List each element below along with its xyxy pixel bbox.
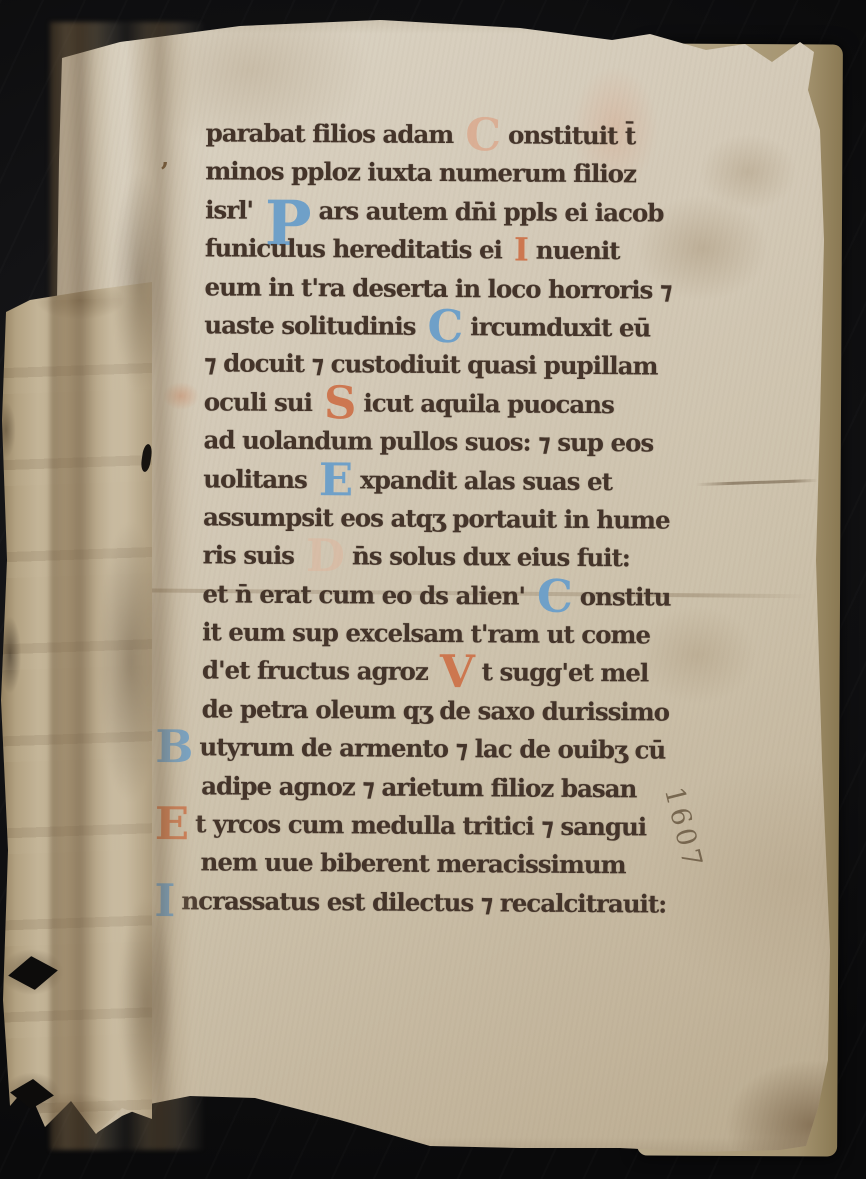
line-text: ⁊ docuit ⁊ custodiuit quasi pupillam	[204, 349, 658, 381]
line-text: funiculus hereditatis ei	[205, 234, 502, 265]
line-text: nem uue biberent meracissimum	[200, 848, 625, 880]
line-text: onstituit t̄	[508, 120, 635, 150]
line-text: xpandit alas suas et	[360, 465, 612, 496]
line-text: t yrcos cum medulla tritici ⁊ sangui	[195, 809, 646, 841]
illuminated-initial: E	[155, 797, 190, 850]
line-text: ncrassatus est dilectus ⁊ recalcitrauit:	[181, 886, 666, 918]
manuscript-line: Incrassatus est dilectus ⁊ recalcitrauit…	[200, 882, 678, 924]
line-text: ad uolandum pullos suos: ⁊ sup eos	[203, 425, 653, 457]
line-text: et n̄ erat cum eo ds alien'	[202, 579, 525, 610]
illuminated-initial: C	[427, 300, 463, 353]
line-text: ircumduxit eū	[470, 312, 650, 342]
line-text: adipe agnoz ⁊ arietum filioz basan	[201, 771, 636, 803]
illuminated-initial: S	[324, 376, 357, 429]
illuminated-initial: C	[465, 108, 501, 161]
line-text: onstitu	[580, 582, 671, 612]
line-text: it eum sup excelsam t'ram ut come	[202, 617, 650, 649]
manuscript-line: ad uolandum pullos suos: ⁊ sup eos	[203, 421, 681, 463]
manuscript-line: Butyrum de armento ⁊ lac de ouibʒ cū	[201, 729, 679, 771]
manuscript-line: oculi suiSicut aquila puocans	[204, 383, 682, 425]
manuscript-line: nem uue biberent meracissimum	[200, 844, 678, 886]
illuminated-initial: I	[154, 874, 175, 927]
manuscript-line: assumpsit eos atqʒ portauit in hume	[203, 498, 681, 540]
manuscript-line: ⁊ docuit ⁊ custodiuit quasi pupillam	[204, 345, 682, 387]
manuscript-line: uolitansExpandit alas suas et	[203, 460, 681, 502]
manuscript-line: et n̄ erat cum eo ds alien'Constitu	[202, 575, 680, 617]
line-text: n̄s solus dux eius fuit:	[352, 542, 630, 573]
line-text: nuenit	[536, 236, 620, 266]
line-text: minos pploz iuxta numerum filioz	[205, 157, 636, 189]
illuminated-initial: D	[306, 529, 345, 582]
manuscript-line: parabat filios adamConstituit t̄	[206, 114, 684, 156]
manuscript-line: d'et fructus agrozVt sugg'et mel	[202, 652, 680, 694]
illuminated-initial: B	[155, 720, 193, 773]
margin-pen-mark: ’	[160, 158, 169, 188]
illuminated-initial: E	[319, 453, 354, 506]
illuminated-initial: V	[440, 645, 475, 698]
line-text: assumpsit eos atqʒ portauit in hume	[203, 502, 670, 534]
line-text: de petra oleum qʒ de saxo durissimo	[202, 694, 670, 726]
line-text: utyrum de armento ⁊ lac de ouibʒ cū	[199, 733, 665, 765]
text-block: parabat filios adamConstituit t̄minos pp…	[200, 114, 684, 924]
line-text: uolitans	[203, 464, 307, 494]
line-text: d'et fructus agroz	[202, 656, 428, 687]
line-text: icut aquila puocans	[363, 388, 614, 419]
manuscript-line: ris suisDn̄s solus dux eius fuit:	[203, 537, 681, 579]
line-text: ris suis	[203, 541, 294, 571]
manuscript-line: uaste solitudinisCircumduxit eū	[204, 306, 682, 348]
line-text: isrl'	[205, 195, 253, 224]
line-text: t sugg'et mel	[482, 658, 649, 688]
line-text: uaste solitudinis	[204, 310, 415, 340]
photo-backdrop: ’ parabat filios adamConstituit t̄minos …	[0, 0, 866, 1179]
manuscript-line: Et yrcos cum medulla tritici ⁊ sangui	[201, 805, 679, 847]
line-text: oculi sui	[204, 387, 312, 417]
line-text: ars autem dn̄i ppls ei iacob	[319, 196, 664, 227]
manuscript-line: funiculus hereditatis eiInuenit	[205, 230, 683, 272]
manuscript-line: adipe agnoz ⁊ arietum filioz basan	[201, 767, 679, 809]
illuminated-initial: I	[514, 231, 529, 269]
manuscript-line: isrl'Pars autem dn̄i ppls ei iacob	[205, 191, 683, 233]
illuminated-initial: C	[537, 569, 573, 622]
short-crease	[696, 479, 818, 486]
line-text: parabat filios adam	[206, 118, 454, 149]
